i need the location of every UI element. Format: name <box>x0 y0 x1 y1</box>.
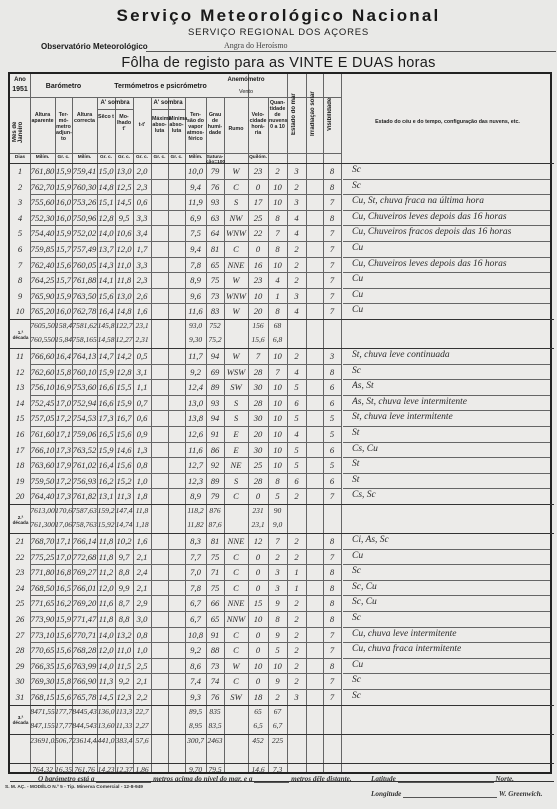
weather-description[interactable]: St <box>352 428 557 438</box>
cell-altura_correcta[interactable]: 750,96 <box>72 213 97 223</box>
cell-altura_aparente[interactable]: 757,05 <box>30 413 55 423</box>
cell-altura_aparente[interactable]: 761,80 <box>30 166 55 176</box>
cell-t_diff[interactable]: 2,5 <box>133 661 151 671</box>
cell-humidade[interactable]: 79 <box>206 491 224 501</box>
cell-velocidade[interactable]: 28 <box>248 367 268 377</box>
cell-mar[interactable]: 4 <box>287 429 306 439</box>
decade-2-summary-molhado[interactable]: 147,4 <box>115 506 133 515</box>
cell-humidade[interactable]: 92 <box>206 460 224 470</box>
cell-tensao[interactable]: 8,3 <box>185 536 206 546</box>
cell-dia[interactable]: 17 <box>10 445 30 455</box>
cell-nuvens[interactable]: 8 <box>268 244 287 254</box>
cell-rumo[interactable]: W <box>224 306 248 316</box>
cell-velocidade[interactable]: 7 <box>248 351 268 361</box>
decade-1-summary-velocidade[interactable]: 15,6 <box>248 335 268 344</box>
cell-mar[interactable]: 1 <box>287 583 306 593</box>
cell-dia[interactable]: 6 <box>10 244 30 254</box>
cell-nuvens[interactable]: 10 <box>268 460 287 470</box>
cell-velocidade[interactable]: 28 <box>248 476 268 486</box>
cell-tensao[interactable]: 10,8 <box>185 630 206 640</box>
weather-description[interactable]: Sc <box>352 613 557 623</box>
cell-dia[interactable]: 12 <box>10 367 30 377</box>
cell-altura_correcta[interactable]: 766,14 <box>72 536 97 546</box>
cell-mar[interactable]: 5 <box>287 382 306 392</box>
month-mean-altura_correcta[interactable]: 761,76 <box>72 765 97 774</box>
cell-humidade[interactable]: 89 <box>206 476 224 486</box>
cell-molhado[interactable]: 10,2 <box>115 536 133 546</box>
cell-rumo[interactable]: E <box>224 429 248 439</box>
cell-altura_correcta[interactable]: 770,71 <box>72 630 97 640</box>
weather-description[interactable]: Cu <box>352 551 557 561</box>
cell-visibilidade[interactable]: 7 <box>323 306 341 316</box>
cell-rumo[interactable]: C <box>224 583 248 593</box>
cell-altura_correcta[interactable]: 765,78 <box>72 692 97 702</box>
decade-2-summary-term_adjunto[interactable]: 170,6 <box>55 506 72 515</box>
cell-dia[interactable]: 7 <box>10 260 30 270</box>
cell-term_adjunto[interactable]: 16,2 <box>55 598 72 608</box>
cell-seco[interactable]: 11,6 <box>97 598 115 608</box>
cell-velocidade[interactable]: 22 <box>248 228 268 238</box>
cell-molhado[interactable]: 9,7 <box>115 552 133 562</box>
decade-1-summary-seco[interactable]: 145,8 <box>97 321 115 330</box>
cell-dia[interactable]: 10 <box>10 306 30 316</box>
cell-mar[interactable]: 2 <box>287 552 306 562</box>
cell-visibilidade[interactable]: 8 <box>323 598 341 608</box>
cell-visibilidade[interactable]: 3 <box>323 351 341 361</box>
cell-molhado[interactable]: 8,7 <box>115 598 133 608</box>
cell-visibilidade[interactable]: 7 <box>323 260 341 270</box>
weather-description[interactable]: Sc, Cu <box>352 597 557 607</box>
cell-rumo[interactable]: WSW <box>224 367 248 377</box>
cell-mar[interactable]: 2 <box>287 614 306 624</box>
cell-rumo[interactable]: WNW <box>224 291 248 301</box>
month-total-nuvens[interactable]: 225 <box>268 736 287 745</box>
weather-description[interactable]: Sc <box>352 165 557 175</box>
cell-seco[interactable]: 11,3 <box>97 676 115 686</box>
month-total-velocidade[interactable]: 452 <box>248 736 268 745</box>
cell-seco[interactable]: 12,0 <box>97 645 115 655</box>
cell-nuvens[interactable]: 7 <box>268 228 287 238</box>
cell-term_adjunto[interactable]: 15,6 <box>55 692 72 702</box>
cell-mar[interactable]: 2 <box>287 661 306 671</box>
cell-seco[interactable]: 15,1 <box>97 197 115 207</box>
cell-altura_correcta[interactable]: 761,02 <box>72 460 97 470</box>
decade-3-summary-tensao[interactable]: 8,95 <box>185 721 206 730</box>
cell-altura_aparente[interactable]: 754,40 <box>30 228 55 238</box>
decade-3-summary-tensao[interactable]: 89,5 <box>185 707 206 716</box>
weather-description[interactable]: Cu, chuva fraca intermitente <box>352 644 557 654</box>
cell-t_diff[interactable]: 2,4 <box>133 567 151 577</box>
cell-molhado[interactable]: 16,7 <box>115 413 133 423</box>
cell-visibilidade[interactable]: 5 <box>323 429 341 439</box>
cell-seco[interactable]: 16,4 <box>97 460 115 470</box>
cell-velocidade[interactable]: 15 <box>248 598 268 608</box>
cell-seco[interactable]: 14,0 <box>97 661 115 671</box>
cell-nuvens[interactable]: 9 <box>268 598 287 608</box>
decade-1-summary-humidade[interactable]: 75,2 <box>206 335 224 344</box>
cell-mar[interactable]: 2 <box>287 630 306 640</box>
cell-altura_correcta[interactable]: 766,01 <box>72 583 97 593</box>
decade-3-summary-velocidade[interactable]: 6,5 <box>248 721 268 730</box>
cell-seco[interactable]: 11,8 <box>97 614 115 624</box>
cell-rumo[interactable]: C <box>224 645 248 655</box>
distance-field[interactable] <box>254 782 289 783</box>
cell-altura_correcta[interactable]: 769,27 <box>72 567 97 577</box>
cell-altura_correcta[interactable]: 754,53 <box>72 413 97 423</box>
cell-mar[interactable]: 4 <box>287 367 306 377</box>
cell-t_diff[interactable]: 1,7 <box>133 244 151 254</box>
cell-altura_correcta[interactable]: 766,90 <box>72 676 97 686</box>
cell-altura_aparente[interactable]: 755,60 <box>30 197 55 207</box>
decade-3-summary-molhado[interactable]: 113,3 <box>115 707 133 716</box>
cell-nuvens[interactable]: 10 <box>268 661 287 671</box>
decade-2-summary-tensao[interactable]: 118,2 <box>185 506 206 515</box>
cell-tensao[interactable]: 12,7 <box>185 460 206 470</box>
cell-altura_aparente[interactable]: 768,50 <box>30 583 55 593</box>
cell-dia[interactable]: 20 <box>10 491 30 501</box>
cell-mar[interactable]: 3 <box>287 197 306 207</box>
cell-seco[interactable]: 14,0 <box>97 228 115 238</box>
cell-nuvens[interactable]: 9 <box>268 676 287 686</box>
cell-velocidade[interactable]: 23 <box>248 166 268 176</box>
cell-t_diff[interactable]: 0,8 <box>133 460 151 470</box>
cell-altura_correcta[interactable]: 763,99 <box>72 661 97 671</box>
cell-rumo[interactable]: W <box>224 351 248 361</box>
weather-description[interactable]: Cu <box>352 290 557 300</box>
cell-altura_aparente[interactable]: 769,30 <box>30 676 55 686</box>
cell-dia[interactable]: 21 <box>10 536 30 546</box>
cell-term_adjunto[interactable]: 15,9 <box>55 182 72 192</box>
cell-t_diff[interactable]: 1,1 <box>133 382 151 392</box>
weather-description[interactable]: St, chuva leve continuada <box>352 350 557 360</box>
cell-humidade[interactable]: 89 <box>206 382 224 392</box>
cell-mar[interactable]: 3 <box>287 291 306 301</box>
cell-mar[interactable]: 3 <box>287 692 306 702</box>
cell-t_diff[interactable]: 1,0 <box>133 645 151 655</box>
month-mean-term_adjunto[interactable]: 16,35 <box>55 765 72 774</box>
cell-visibilidade[interactable]: 7 <box>323 275 341 285</box>
cell-tensao[interactable]: 7,4 <box>185 676 206 686</box>
cell-altura_correcta[interactable]: 760,30 <box>72 182 97 192</box>
cell-humidade[interactable]: 93 <box>206 197 224 207</box>
cell-nuvens[interactable]: 8 <box>268 213 287 223</box>
cell-seco[interactable]: 14,8 <box>97 182 115 192</box>
month-mean-molhado[interactable]: 12,37 <box>115 765 133 774</box>
cell-altura_aparente[interactable]: 768,15 <box>30 692 55 702</box>
cell-term_adjunto[interactable]: 17,1 <box>55 536 72 546</box>
weather-description[interactable]: As, St, chuva leve intermitente <box>352 397 557 407</box>
cell-humidade[interactable]: 88 <box>206 645 224 655</box>
decade-3-summary-nuvens[interactable]: 6,7 <box>268 721 287 730</box>
cell-tensao[interactable]: 11,6 <box>185 445 206 455</box>
weather-description[interactable]: Cu <box>352 305 557 315</box>
cell-mar[interactable]: 2 <box>287 182 306 192</box>
cell-molhado[interactable]: 14,5 <box>115 197 133 207</box>
cell-altura_correcta[interactable]: 768,28 <box>72 645 97 655</box>
cell-tensao[interactable]: 7,0 <box>185 567 206 577</box>
month-total-humidade[interactable]: 2463 <box>206 736 224 745</box>
cell-molhado[interactable]: 12,8 <box>115 367 133 377</box>
cell-dia[interactable]: 14 <box>10 398 30 408</box>
cell-t_diff[interactable]: 0,8 <box>133 630 151 640</box>
cell-visibilidade[interactable]: 6 <box>323 445 341 455</box>
decade-3-summary-velocidade[interactable]: 65 <box>248 707 268 716</box>
cell-tensao[interactable]: 13,8 <box>185 413 206 423</box>
cell-visibilidade[interactable]: 7 <box>323 630 341 640</box>
cell-velocidade[interactable]: 28 <box>248 398 268 408</box>
cell-dia[interactable]: 13 <box>10 382 30 392</box>
weather-description[interactable]: Cu, Chuveiros leves depois das 16 horas <box>352 259 557 269</box>
cell-tensao[interactable]: 6,7 <box>185 598 206 608</box>
cell-dia[interactable]: 24 <box>10 583 30 593</box>
decade-2-summary-velocidade[interactable]: 231 <box>248 506 268 515</box>
cell-tensao[interactable]: 12,3 <box>185 476 206 486</box>
cell-altura_aparente[interactable]: 762,60 <box>30 367 55 377</box>
cell-tensao[interactable]: 7,7 <box>185 552 206 562</box>
cell-t_diff[interactable]: 2,1 <box>133 552 151 562</box>
decade-1-summary-altura_aparente[interactable]: 7605,50 <box>30 321 55 330</box>
cell-seco[interactable]: 15,9 <box>97 445 115 455</box>
cell-tensao[interactable]: 9,2 <box>185 645 206 655</box>
cell-molhado[interactable]: 8,8 <box>115 567 133 577</box>
cell-seco[interactable]: 17,3 <box>97 413 115 423</box>
weather-description[interactable]: Cs, Sc <box>352 490 557 500</box>
cell-humidade[interactable]: 69 <box>206 367 224 377</box>
cell-velocidade[interactable]: 0 <box>248 567 268 577</box>
cell-seco[interactable]: 16,6 <box>97 398 115 408</box>
cell-humidade[interactable]: 79 <box>206 166 224 176</box>
cell-t_diff[interactable]: 2,3 <box>133 275 151 285</box>
cell-rumo[interactable]: C <box>224 182 248 192</box>
cell-molhado[interactable]: 12,5 <box>115 182 133 192</box>
cell-tensao[interactable]: 7,8 <box>185 260 206 270</box>
cell-altura_aparente[interactable]: 762,40 <box>30 260 55 270</box>
cell-altura_aparente[interactable]: 752,30 <box>30 213 55 223</box>
cell-humidade[interactable]: 81 <box>206 536 224 546</box>
decade-2-summary-humidade[interactable]: 876 <box>206 506 224 515</box>
cell-humidade[interactable]: 73 <box>206 291 224 301</box>
cell-term_adjunto[interactable]: 15,7 <box>55 275 72 285</box>
cell-term_adjunto[interactable]: 16,0 <box>55 306 72 316</box>
weather-description[interactable]: Cu, Chuveiros leves depois das 16 horas <box>352 212 557 222</box>
cell-visibilidade[interactable]: 7 <box>323 291 341 301</box>
decade-1-summary-t_diff[interactable]: 23,1 <box>133 321 151 330</box>
cell-seco[interactable]: 15,9 <box>97 367 115 377</box>
cell-altura_aparente[interactable]: 773,90 <box>30 614 55 624</box>
decade-3-summary-altura_correcta[interactable]: 8445,43 <box>72 707 97 716</box>
cell-altura_correcta[interactable]: 769,20 <box>72 598 97 608</box>
cell-tensao[interactable]: 13,0 <box>185 398 206 408</box>
cell-humidade[interactable]: 91 <box>206 429 224 439</box>
decade-1-summary-altura_correcta[interactable]: 7581,62 <box>72 321 97 330</box>
cell-molhado[interactable]: 14,2 <box>115 351 133 361</box>
cell-term_adjunto[interactable]: 16,5 <box>55 583 72 593</box>
cell-t_diff[interactable]: 1,6 <box>133 306 151 316</box>
cell-altura_aparente[interactable]: 756,10 <box>30 382 55 392</box>
cell-molhado[interactable]: 11,3 <box>115 491 133 501</box>
cell-altura_aparente[interactable]: 759,50 <box>30 476 55 486</box>
cell-altura_aparente[interactable]: 766,60 <box>30 351 55 361</box>
month-total-molhado[interactable]: 383,4 <box>115 736 133 745</box>
cell-visibilidade[interactable]: 7 <box>323 228 341 238</box>
cell-term_adjunto[interactable]: 17,2 <box>55 413 72 423</box>
cell-term_adjunto[interactable]: 15,6 <box>55 260 72 270</box>
cell-nuvens[interactable]: 10 <box>268 197 287 207</box>
cell-altura_aparente[interactable]: 763,60 <box>30 460 55 470</box>
weather-description[interactable]: Cu, Chuveiros fracos depois das 16 horas <box>352 227 557 237</box>
cell-humidade[interactable]: 63 <box>206 213 224 223</box>
cell-nuvens[interactable]: 10 <box>268 182 287 192</box>
cell-mar[interactable]: 5 <box>287 460 306 470</box>
cell-altura_correcta[interactable]: 756,93 <box>72 476 97 486</box>
cell-humidade[interactable]: 83 <box>206 306 224 316</box>
decade-3-summary-altura_aparente[interactable]: 8471,55 <box>30 707 55 716</box>
cell-rumo[interactable]: C <box>224 552 248 562</box>
decade-3-summary-molhado[interactable]: 11,33 <box>115 721 133 730</box>
decade-1-summary-tensao[interactable]: 9,30 <box>185 335 206 344</box>
cell-rumo[interactable]: WNW <box>224 228 248 238</box>
longitude-field[interactable] <box>403 797 497 798</box>
cell-altura_aparente[interactable]: 765,90 <box>30 291 55 301</box>
cell-altura_aparente[interactable]: 773,10 <box>30 630 55 640</box>
cell-humidade[interactable]: 76 <box>206 182 224 192</box>
weather-description[interactable]: St <box>352 475 557 485</box>
weather-description[interactable]: Sc, Cu <box>352 582 557 592</box>
cell-term_adjunto[interactable]: 17,2 <box>55 476 72 486</box>
cell-dia[interactable]: 19 <box>10 476 30 486</box>
cell-humidade[interactable]: 86 <box>206 445 224 455</box>
cell-altura_correcta[interactable]: 771,47 <box>72 614 97 624</box>
cell-visibilidade[interactable]: 5 <box>323 460 341 470</box>
cell-mar[interactable]: 5 <box>287 445 306 455</box>
cell-humidade[interactable]: 65 <box>206 614 224 624</box>
cell-velocidade[interactable]: 20 <box>248 429 268 439</box>
decade-2-summary-altura_correcta[interactable]: 7587,63 <box>72 506 97 515</box>
cell-mar[interactable]: 5 <box>287 413 306 423</box>
cell-velocidade[interactable]: 10 <box>248 291 268 301</box>
cell-altura_correcta[interactable]: 772,68 <box>72 552 97 562</box>
latitude-field[interactable] <box>398 782 494 783</box>
cell-visibilidade[interactable]: 6 <box>323 398 341 408</box>
cell-altura_aparente[interactable]: 771,80 <box>30 567 55 577</box>
cell-velocidade[interactable]: 0 <box>248 676 268 686</box>
cell-velocidade[interactable]: 0 <box>248 491 268 501</box>
weather-description[interactable]: St, chuva leve intermitente <box>352 412 557 422</box>
cell-tensao[interactable]: 6,9 <box>185 213 206 223</box>
cell-t_diff[interactable]: 0,6 <box>133 413 151 423</box>
cell-term_adjunto[interactable]: 15,9 <box>55 166 72 176</box>
cell-t_diff[interactable]: 0,9 <box>133 429 151 439</box>
cell-term_adjunto[interactable]: 17,3 <box>55 445 72 455</box>
cell-tensao[interactable]: 9,6 <box>185 291 206 301</box>
cell-velocidade[interactable]: 10 <box>248 661 268 671</box>
decade-2-summary-altura_correcta[interactable]: 758,763 <box>72 520 97 529</box>
cell-t_diff[interactable]: 3,1 <box>133 367 151 377</box>
cell-t_diff[interactable]: 1,3 <box>133 445 151 455</box>
cell-term_adjunto[interactable]: 17,3 <box>55 491 72 501</box>
cell-altura_aparente[interactable]: 764,40 <box>30 491 55 501</box>
decade-2-summary-nuvens[interactable]: 90 <box>268 506 287 515</box>
cell-velocidade[interactable]: 30 <box>248 445 268 455</box>
cell-tensao[interactable]: 9,3 <box>185 692 206 702</box>
decade-1-summary-velocidade[interactable]: 156 <box>248 321 268 330</box>
cell-visibilidade[interactable]: 6 <box>323 476 341 486</box>
cell-t_diff[interactable]: 2,0 <box>133 166 151 176</box>
cell-altura_correcta[interactable]: 759,06 <box>72 429 97 439</box>
altitude-field[interactable] <box>96 782 151 783</box>
cell-seco[interactable]: 11,8 <box>97 552 115 562</box>
cell-altura_aparente[interactable]: 762,70 <box>30 182 55 192</box>
month-mean-tensao[interactable]: 9,70 <box>185 765 206 774</box>
cell-t_diff[interactable]: 2,9 <box>133 598 151 608</box>
cell-molhado[interactable]: 13,0 <box>115 166 133 176</box>
cell-altura_aparente[interactable]: 766,10 <box>30 445 55 455</box>
cell-altura_aparente[interactable]: 765,20 <box>30 306 55 316</box>
cell-nuvens[interactable]: 10 <box>268 351 287 361</box>
cell-rumo[interactable]: NNE <box>224 598 248 608</box>
cell-t_diff[interactable]: 2,1 <box>133 583 151 593</box>
decade-1-summary-nuvens[interactable]: 68 <box>268 321 287 330</box>
month-total-tensao[interactable]: 300,7 <box>185 736 206 745</box>
cell-rumo[interactable]: C <box>224 491 248 501</box>
cell-mar[interactable]: 2 <box>287 491 306 501</box>
cell-seco[interactable]: 14,7 <box>97 351 115 361</box>
cell-term_adjunto[interactable]: 15,6 <box>55 645 72 655</box>
weather-description[interactable]: Cu <box>352 243 557 253</box>
cell-dia[interactable]: 28 <box>10 645 30 655</box>
cell-velocidade[interactable]: 10 <box>248 614 268 624</box>
cell-mar[interactable]: 2 <box>287 598 306 608</box>
cell-seco[interactable]: 14,1 <box>97 275 115 285</box>
cell-visibilidade[interactable]: 7 <box>323 676 341 686</box>
cell-visibilidade[interactable]: 8 <box>323 166 341 176</box>
cell-dia[interactable]: 27 <box>10 630 30 640</box>
cell-seco[interactable]: 16,2 <box>97 476 115 486</box>
cell-visibilidade[interactable]: 8 <box>323 213 341 223</box>
cell-humidade[interactable]: 74 <box>206 676 224 686</box>
cell-nuvens[interactable]: 10 <box>268 398 287 408</box>
cell-velocidade[interactable]: 16 <box>248 260 268 270</box>
cell-visibilidade[interactable]: 7 <box>323 552 341 562</box>
cell-seco[interactable]: 11,2 <box>97 567 115 577</box>
cell-term_adjunto[interactable]: 15,9 <box>55 291 72 301</box>
cell-molhado[interactable]: 15,6 <box>115 429 133 439</box>
cell-t_diff[interactable]: 3,3 <box>133 260 151 270</box>
cell-mar[interactable]: 2 <box>287 676 306 686</box>
cell-rumo[interactable]: S <box>224 197 248 207</box>
cell-altura_aparente[interactable]: 764,25 <box>30 275 55 285</box>
cell-dia[interactable]: 9 <box>10 291 30 301</box>
cell-velocidade[interactable]: 23 <box>248 275 268 285</box>
decade-1-summary-seco[interactable]: 14,58 <box>97 335 115 344</box>
cell-dia[interactable]: 29 <box>10 661 30 671</box>
cell-seco[interactable]: 11,8 <box>97 536 115 546</box>
cell-altura_aparente[interactable]: 759,85 <box>30 244 55 254</box>
cell-tensao[interactable]: 12,6 <box>185 429 206 439</box>
cell-tensao[interactable]: 11,6 <box>185 306 206 316</box>
cell-t_diff[interactable]: 0,6 <box>133 197 151 207</box>
cell-nuvens[interactable]: 3 <box>268 567 287 577</box>
cell-nuvens[interactable]: 10 <box>268 413 287 423</box>
cell-rumo[interactable]: SW <box>224 382 248 392</box>
decade-3-summary-altura_aparente[interactable]: 847,155 <box>30 721 55 730</box>
cell-t_diff[interactable]: 1,6 <box>133 536 151 546</box>
cell-humidade[interactable]: 75 <box>206 583 224 593</box>
decade-1-summary-humidade[interactable]: 752 <box>206 321 224 330</box>
cell-humidade[interactable]: 73 <box>206 661 224 671</box>
month-mean-velocidade[interactable]: 14,6 <box>248 765 268 774</box>
cell-term_adjunto[interactable]: 15,7 <box>55 244 72 254</box>
